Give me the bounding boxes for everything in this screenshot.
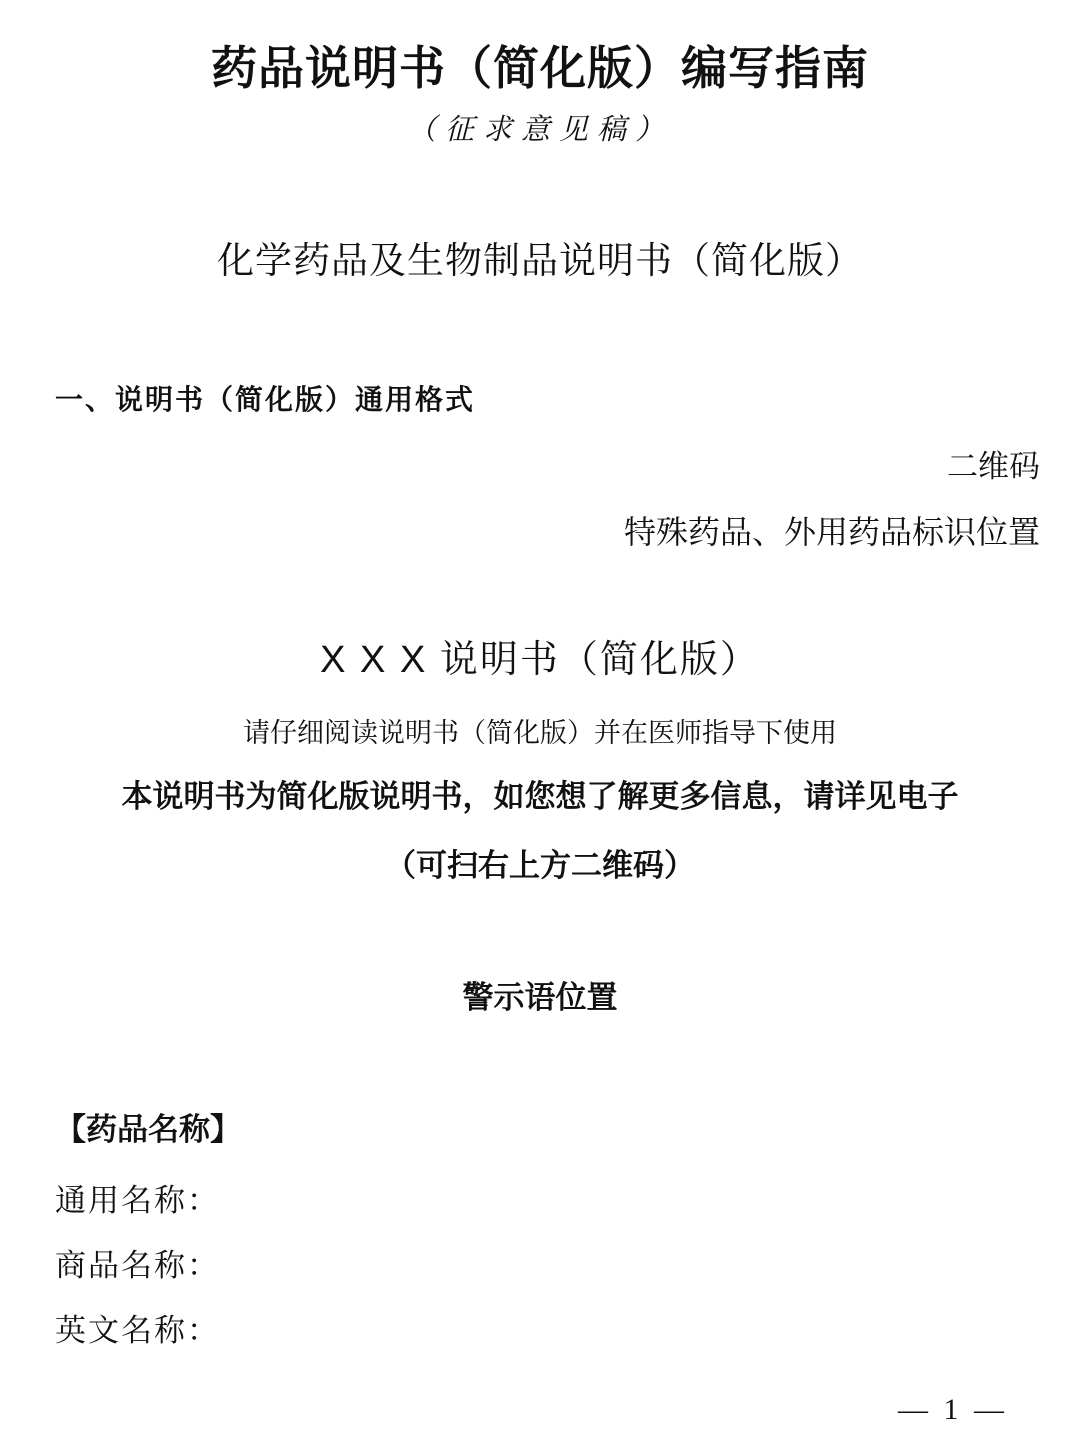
page-number: — 1 — (898, 1393, 1008, 1428)
drug-name-section-header: 【药品名称】 (55, 1112, 241, 1148)
more-info-line1: 本说明书为简化版说明书，如您想了解更多信息，请详见电子 (0, 779, 1080, 815)
product-instruction-heading: X X X 说明书（简化版） (0, 639, 1080, 683)
warning-text-position-label: 警示语位置 (0, 980, 1080, 1016)
document-title: 药品说明书（简化版）编写指南 (0, 42, 1080, 95)
special-drug-position-label: 特殊药品、外用药品标识位置 (624, 514, 1040, 551)
english-name-field-label: 英文名称： (55, 1313, 220, 1349)
trade-name-field-label: 商品名称： (55, 1248, 220, 1284)
document-page: 药品说明书（简化版）编写指南 （征求意见稿） 化学药品及生物制品说明书（简化版）… (0, 0, 1080, 1437)
generic-name-field-label: 通用名称： (55, 1183, 220, 1219)
format-heading: 一、说明书（简化版）通用格式 (55, 384, 475, 416)
section-heading: 化学药品及生物制品说明书（简化版） (0, 240, 1080, 283)
read-instruction-note: 请仔细阅读说明书（简化版）并在医师指导下使用 (0, 718, 1080, 749)
draft-note: （征求意见稿） (0, 114, 1080, 147)
more-info-line2: （可扫右上方二维码） (0, 848, 1080, 884)
qr-code-position-label: 二维码 (947, 449, 1040, 485)
